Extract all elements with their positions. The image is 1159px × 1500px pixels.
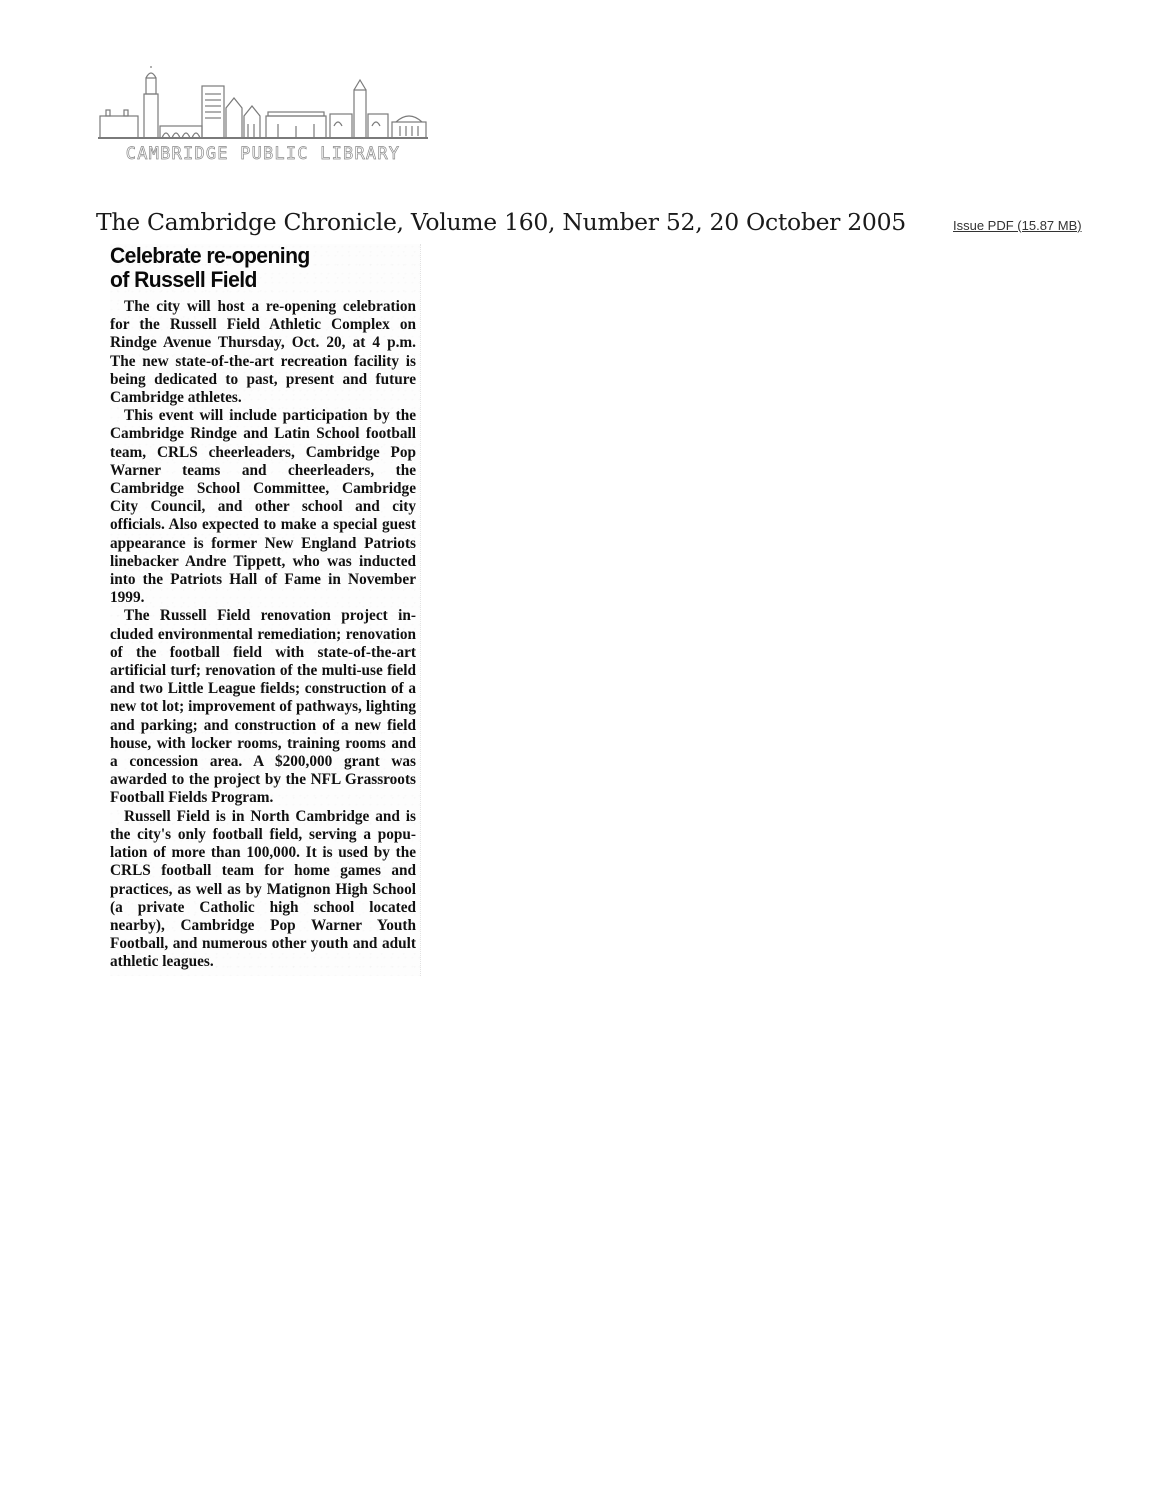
article-headline: Celebrate re-opening of Russell Field (110, 244, 404, 292)
article-paragraph: The city will host a re-opening celebrat… (110, 298, 416, 407)
article-paragraph: This event will include participation by… (110, 407, 416, 607)
headline-line-2: of Russell Field (110, 268, 404, 292)
issue-title: The Cambridge Chronicle, Volume 160, Num… (96, 208, 906, 236)
headline-line-1: Celebrate re-opening (110, 244, 404, 268)
article-clipping: Celebrate re-opening of Russell Field Th… (110, 244, 421, 976)
skyline-icon (96, 66, 430, 142)
article-paragraph: Russell Field is in North Cambridge and … (110, 808, 416, 972)
article-paragraph: The Russell Field renovation project in­… (110, 607, 416, 807)
issue-pdf-link[interactable]: Issue PDF (15.87 MB) (953, 218, 1082, 233)
library-name: CAMBRIDGE PUBLIC LIBRARY (96, 144, 430, 164)
library-logo: CAMBRIDGE PUBLIC LIBRARY (96, 66, 430, 166)
